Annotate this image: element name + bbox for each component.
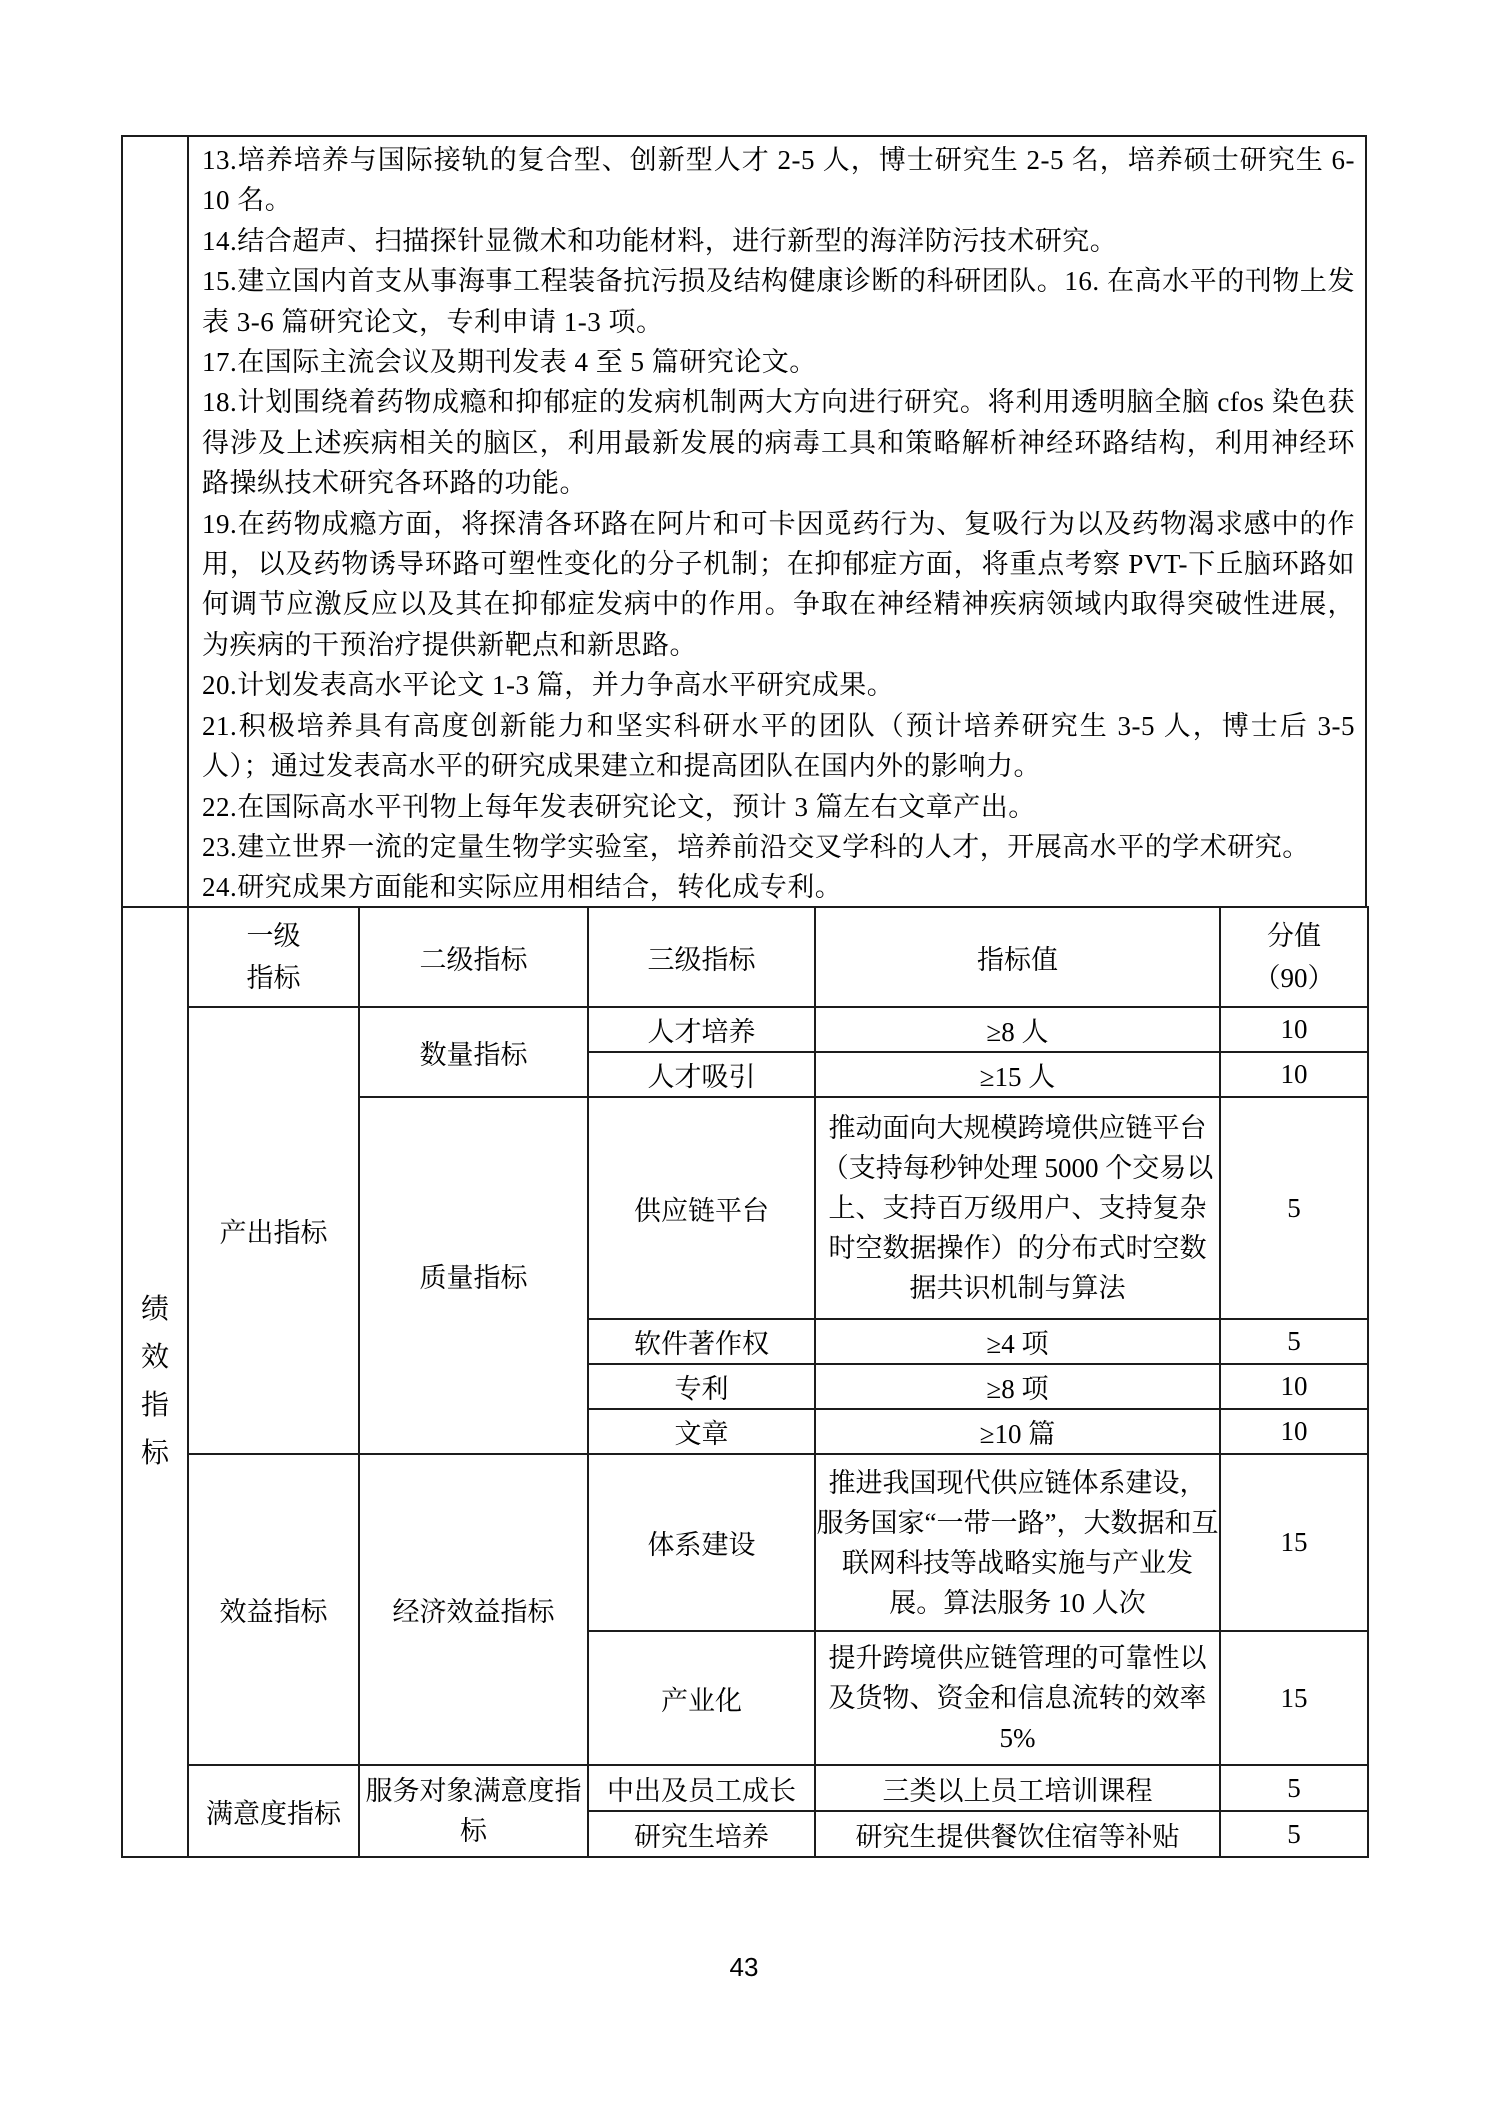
objectives-row: 13.培养培养与国际接轨的复合型、创新型人才 2-5 人，博士研究生 2-5 名… bbox=[121, 135, 1367, 908]
header-cell-level1: 一级 指标 bbox=[188, 907, 359, 1007]
header-cell-level2: 二级指标 bbox=[359, 907, 588, 1007]
cell-score: 10 bbox=[1220, 1364, 1368, 1409]
cell-score: 15 bbox=[1220, 1454, 1368, 1631]
cell-value: 三类以上员工培训课程 bbox=[815, 1765, 1220, 1811]
header-line: （90） bbox=[1221, 957, 1367, 999]
cell-level2: 数量指标 bbox=[359, 1007, 588, 1097]
vertical-label-char: 标 bbox=[141, 1430, 169, 1478]
cell-score: 15 bbox=[1220, 1631, 1368, 1765]
cell-level3: 产业化 bbox=[588, 1631, 815, 1765]
table-row: 满意度指标 服务对象满意度指标 中出及员工成长 三类以上员工培训课程 5 bbox=[122, 1765, 1368, 1811]
cell-level1: 产出指标 bbox=[188, 1007, 359, 1454]
cell-score: 5 bbox=[1220, 1097, 1368, 1319]
cell-level2: 经济效益指标 bbox=[359, 1454, 588, 1765]
objective-item: 23.建立世界一流的定量生物学实验室，培养前沿交叉学科的人才，开展高水平的学术研… bbox=[202, 827, 1355, 867]
cell-value: 研究生提供餐饮住宿等补贴 bbox=[815, 1811, 1220, 1857]
objectives-cell: 13.培养培养与国际接轨的复合型、创新型人才 2-5 人，博士研究生 2-5 名… bbox=[189, 137, 1365, 906]
vertical-label-char: 绩 bbox=[141, 1286, 169, 1334]
cell-value: 推进我国现代供应链体系建设，服务国家“一带一路”，大数据和互联网科技等战略实施与… bbox=[815, 1454, 1220, 1631]
cell-level3: 供应链平台 bbox=[588, 1097, 815, 1319]
cell-value: 提升跨境供应链管理的可靠性以及货物、资金和信息流转的效率 5% bbox=[815, 1631, 1220, 1765]
cell-score: 10 bbox=[1220, 1409, 1368, 1454]
cell-level2: 服务对象满意度指标 bbox=[359, 1765, 588, 1857]
cell-score: 10 bbox=[1220, 1007, 1368, 1052]
left-stub-cell bbox=[123, 137, 189, 906]
cell-value: ≥8 项 bbox=[815, 1364, 1220, 1409]
cell-value: ≥10 篇 bbox=[815, 1409, 1220, 1454]
cell-level1: 满意度指标 bbox=[188, 1765, 359, 1857]
vertical-label-char: 指 bbox=[141, 1382, 169, 1430]
table-row: 效益指标 经济效益指标 体系建设 推进我国现代供应链体系建设，服务国家“一带一路… bbox=[122, 1454, 1368, 1631]
vertical-label-char: 效 bbox=[141, 1334, 169, 1382]
objective-item: 13.培养培养与国际接轨的复合型、创新型人才 2-5 人，博士研究生 2-5 名… bbox=[202, 140, 1355, 221]
cell-level1: 效益指标 bbox=[188, 1454, 359, 1765]
cell-level2: 质量指标 bbox=[359, 1097, 588, 1454]
objective-item: 17.在国际主流会议及期刊发表 4 至 5 篇研究论文。 bbox=[202, 342, 1355, 382]
cell-score: 5 bbox=[1220, 1811, 1368, 1857]
objective-item: 15.建立国内首支从事海事工程装备抗污损及结构健康诊断的科研团队。16. 在高水… bbox=[202, 261, 1355, 342]
objective-item: 19.在药物成瘾方面，将探清各环路在阿片和可卡因觅药行为、复吸行为以及药物渴求感… bbox=[202, 504, 1355, 666]
header-line: 分值 bbox=[1221, 915, 1367, 957]
objective-item: 14.结合超声、扫描探针显微术和功能材料，进行新型的海洋防污技术研究。 bbox=[202, 221, 1355, 261]
cell-level3: 软件著作权 bbox=[588, 1319, 815, 1364]
header-line: 一级 bbox=[189, 915, 358, 957]
cell-level3: 人才培养 bbox=[588, 1007, 815, 1052]
cell-level3: 专利 bbox=[588, 1364, 815, 1409]
cell-value: ≥15 人 bbox=[815, 1052, 1220, 1097]
page-number: 43 bbox=[0, 1952, 1488, 1983]
cell-level3: 文章 bbox=[588, 1409, 815, 1454]
table-header-row: 绩 效 指 标 一级 指标 二级指标 三级指标 指标值 bbox=[122, 907, 1368, 1007]
objective-item: 24.研究成果方面能和实际应用相结合，转化成专利。 bbox=[202, 867, 1355, 906]
objective-item: 21.积极培养具有高度创新能力和坚实科研水平的团队（预计培养研究生 3-5 人，… bbox=[202, 706, 1355, 787]
header-cell-value: 指标值 bbox=[815, 907, 1220, 1007]
objective-item: 20.计划发表高水平论文 1-3 篇，并力争高水平研究成果。 bbox=[202, 665, 1355, 705]
header-cell-level3: 三级指标 bbox=[588, 907, 815, 1007]
header-cell-score: 分值 （90） bbox=[1220, 907, 1368, 1007]
document-page: 13.培养培养与国际接轨的复合型、创新型人才 2-5 人，博士研究生 2-5 名… bbox=[0, 0, 1488, 2104]
header-line: 指标 bbox=[189, 957, 358, 999]
cell-value: ≥4 项 bbox=[815, 1319, 1220, 1364]
cell-score: 10 bbox=[1220, 1052, 1368, 1097]
cell-level3: 研究生培养 bbox=[588, 1811, 815, 1857]
cell-level3: 中出及员工成长 bbox=[588, 1765, 815, 1811]
cell-score: 5 bbox=[1220, 1765, 1368, 1811]
objective-item: 22.在国际高水平刊物上每年发表研究论文，预计 3 篇左右文章产出。 bbox=[202, 787, 1355, 827]
cell-level3: 人才吸引 bbox=[588, 1052, 815, 1097]
cell-level3: 体系建设 bbox=[588, 1454, 815, 1631]
content-sheet: 13.培养培养与国际接轨的复合型、创新型人才 2-5 人，博士研究生 2-5 名… bbox=[121, 135, 1367, 1858]
cell-value: 推动面向大规模跨境供应链平台（支持每秒钟处理 5000 个交易以上、支持百万级用… bbox=[815, 1097, 1220, 1319]
indicator-table: 绩 效 指 标 一级 指标 二级指标 三级指标 指标值 bbox=[121, 906, 1369, 1858]
row-label-vertical: 绩 效 指 标 bbox=[122, 907, 188, 1857]
objective-item: 18.计划围绕着药物成瘾和抑郁症的发病机制两大方向进行研究。将利用透明脑全脑 c… bbox=[202, 382, 1355, 503]
cell-value: ≥8 人 bbox=[815, 1007, 1220, 1052]
cell-score: 5 bbox=[1220, 1319, 1368, 1364]
table-row: 产出指标 数量指标 人才培养 ≥8 人 10 bbox=[122, 1007, 1368, 1052]
